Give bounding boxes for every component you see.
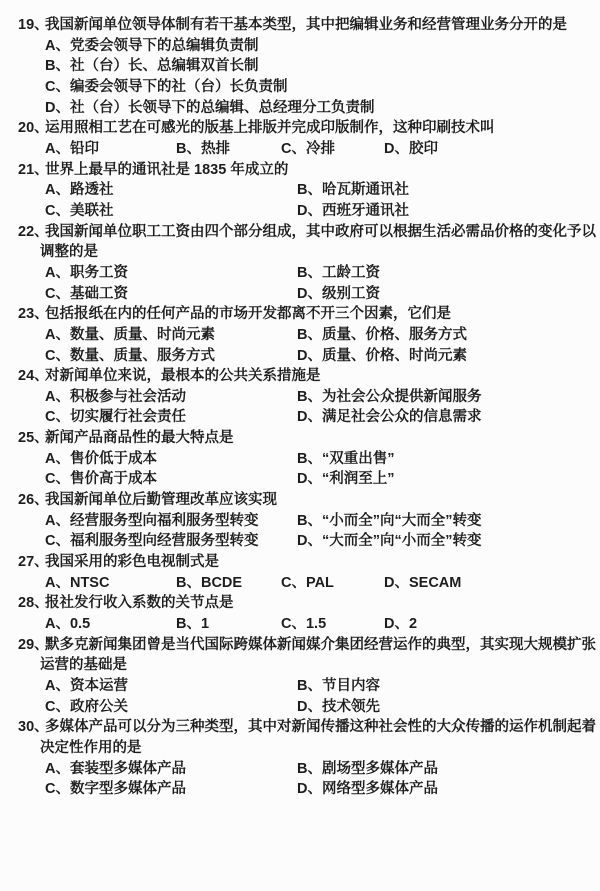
question-stem: 30、多媒体产品可以分为三种类型，其中对新闻传播这种社会性的大众传播的运作机制起… [0,717,590,738]
option: A、套装型多媒体产品 [45,759,297,780]
option: C、数量、质量、服务方式 [45,346,297,367]
question-stem: 21、世界上最早的通讯社是 1835 年成立的 [0,160,590,181]
option: C、政府公关 [45,697,297,718]
option: C、PAL [281,573,384,594]
question: 30、多媒体产品可以分为三种类型，其中对新闻传播这种社会性的大众传播的运作机制起… [0,717,590,800]
option: D、质量、价格、时尚元素 [297,346,590,367]
option: D、SECAM [384,573,590,594]
option: C、切实履行社会责任 [45,407,297,428]
option: D、胶印 [384,139,590,160]
option: D、技术领先 [297,697,590,718]
option: A、售价低于成本 [45,449,297,470]
question-number: 27、 [18,552,45,573]
question-number: 21、 [18,160,45,181]
option: B、工龄工资 [297,263,590,284]
options-group: A、0.5 B、1 C、1.5 D、2 [45,614,590,635]
options-group: A、路透社 B、哈瓦斯通讯社 C、美联社 D、西班牙通讯社 [45,180,590,221]
option: A、0.5 [45,614,176,635]
question-stem: 26、我国新闻单位后勤管理改革应该实现 [0,490,590,511]
option: B、“小而全”向“大而全”转变 [297,511,590,532]
question-number: 20、 [18,118,45,139]
option: B、BCDE [176,573,281,594]
options-group: A、党委会领导下的总编辑负责制 B、社（台）长、总编辑双首长制 C、编委会领导下… [45,36,590,119]
question-number: 22、 [18,222,45,243]
question-stem: 22、我国新闻单位职工工资由四个部分组成，其中政府可以根据生活必需品价格的变化予… [0,222,590,243]
question-stem: 24、对新闻单位来说，最根本的公共关系措施是 [0,366,590,387]
question-stem-text: 包括报纸在内的任何产品的市场开发都离不开三个因素，它们是 [45,306,451,322]
question-number: 30、 [18,717,45,738]
option: C、数字型多媒体产品 [45,779,297,800]
question-stem-text: 新闻产品商品性的最大特点是 [45,430,234,446]
option: B、剧场型多媒体产品 [297,759,590,780]
options-group: A、数量、质量、时尚元素 B、质量、价格、服务方式 C、数量、质量、服务方式 D… [45,325,590,366]
question-stem-text: 我国新闻单位职工工资由四个部分组成，其中政府可以根据生活必需品价格的变化予以 [45,224,596,240]
question-number: 29、 [18,635,45,656]
option: D、2 [384,614,590,635]
question-stem-text: 对新闻单位来说，最根本的公共关系措施是 [45,368,321,384]
option: D、级别工资 [297,284,590,305]
question: 22、我国新闻单位职工工资由四个部分组成，其中政府可以根据生活必需品价格的变化予… [0,222,590,305]
options-group: A、套装型多媒体产品 B、剧场型多媒体产品 C、数字型多媒体产品 D、网络型多媒… [45,759,590,800]
options-group: A、积极参与社会活动 B、为社会公众提供新闻服务 C、切实履行社会责任 D、满足… [45,387,590,428]
option: B、1 [176,614,281,635]
question: 28、报社发行收入系数的关节点是 A、0.5 B、1 C、1.5 D、2 [0,593,590,634]
question: 21、世界上最早的通讯社是 1835 年成立的 A、路透社 B、哈瓦斯通讯社 C… [0,160,590,222]
option: D、“大而全”向“小而全”转变 [297,531,590,552]
option: A、铅印 [45,139,176,160]
option: C、美联社 [45,201,297,222]
exam-page: 19、我国新闻单位领导体制有若干基本类型，其中把编辑业务和经营管理业务分开的是 … [0,0,600,891]
option: A、职务工资 [45,263,297,284]
question-number: 26、 [18,490,45,511]
question-stem-text: 世界上最早的通讯社是 1835 年成立的 [45,162,288,178]
option: C、冷排 [281,139,384,160]
option: B、节目内容 [297,676,590,697]
option: A、数量、质量、时尚元素 [45,325,297,346]
question-stem-text: 我国新闻单位领导体制有若干基本类型，其中把编辑业务和经营管理业务分开的是 [45,17,567,33]
option: B、质量、价格、服务方式 [297,325,590,346]
question-stem: 27、我国采用的彩色电视制式是 [0,552,590,573]
question: 19、我国新闻单位领导体制有若干基本类型，其中把编辑业务和经营管理业务分开的是 … [0,15,590,118]
options-group: A、售价低于成本 B、“双重出售” C、售价高于成本 D、“利润至上” [45,449,590,490]
option: C、编委会领导下的社（台）长负责制 [45,77,590,98]
question: 26、我国新闻单位后勤管理改革应该实现 A、经营服务型向福利服务型转变 B、“小… [0,490,590,552]
option: C、1.5 [281,614,384,635]
option: C、基础工资 [45,284,297,305]
question-stem: 28、报社发行收入系数的关节点是 [0,593,590,614]
question-number: 25、 [18,428,45,449]
options-group: A、职务工资 B、工龄工资 C、基础工资 D、级别工资 [45,263,590,304]
question-stem: 23、包括报纸在内的任何产品的市场开发都离不开三个因素，它们是 [0,304,590,325]
option: A、党委会领导下的总编辑负责制 [45,36,590,57]
option: D、西班牙通讯社 [297,201,590,222]
option: B、哈瓦斯通讯社 [297,180,590,201]
question-number: 23、 [18,304,45,325]
question: 27、我国采用的彩色电视制式是 A、NTSC B、BCDE C、PAL D、SE… [0,552,590,593]
option: C、售价高于成本 [45,469,297,490]
question: 20、运用照相工艺在可感光的版基上排版并完成印版制作，这种印刷技术叫 A、铅印 … [0,118,590,159]
question-stem-continuation: 决定性作用的是 [0,738,590,759]
question-stem-text: 运用照相工艺在可感光的版基上排版并完成印版制作，这种印刷技术叫 [45,120,495,136]
option: A、路透社 [45,180,297,201]
question: 23、包括报纸在内的任何产品的市场开发都离不开三个因素，它们是 A、数量、质量、… [0,304,590,366]
question-stem: 25、新闻产品商品性的最大特点是 [0,428,590,449]
option: B、社（台）长、总编辑双首长制 [45,56,590,77]
options-group: A、资本运营 B、节目内容 C、政府公关 D、技术领先 [45,676,590,717]
option: D、满足社会公众的信息需求 [297,407,590,428]
option: A、经营服务型向福利服务型转变 [45,511,297,532]
options-group: A、经营服务型向福利服务型转变 B、“小而全”向“大而全”转变 C、福利服务型向… [45,511,590,552]
options-group: A、铅印 B、热排 C、冷排 D、胶印 [45,139,590,160]
question-stem: 20、运用照相工艺在可感光的版基上排版并完成印版制作，这种印刷技术叫 [0,118,590,139]
question-stem-text: 我国采用的彩色电视制式是 [45,554,219,570]
question-list: 19、我国新闻单位领导体制有若干基本类型，其中把编辑业务和经营管理业务分开的是 … [0,15,590,800]
question: 25、新闻产品商品性的最大特点是 A、售价低于成本 B、“双重出售” C、售价高… [0,428,590,490]
option: A、积极参与社会活动 [45,387,297,408]
question-stem: 19、我国新闻单位领导体制有若干基本类型，其中把编辑业务和经营管理业务分开的是 [0,15,590,36]
question: 24、对新闻单位来说，最根本的公共关系措施是 A、积极参与社会活动 B、为社会公… [0,366,590,428]
option: D、“利润至上” [297,469,590,490]
option: C、福利服务型向经营服务型转变 [45,531,297,552]
option: D、网络型多媒体产品 [297,779,590,800]
question: 29、默多克新闻集团曾是当代国际跨媒体新闻媒介集团经营运作的典型，其实现大规模扩… [0,635,590,718]
question-stem: 29、默多克新闻集团曾是当代国际跨媒体新闻媒介集团经营运作的典型，其实现大规模扩… [0,635,590,656]
option: A、资本运营 [45,676,297,697]
option: D、社（台）长领导下的总编辑、总经理分工负责制 [45,98,590,119]
question-stem-continuation: 运营的基础是 [0,655,590,676]
option: B、热排 [176,139,281,160]
option: B、为社会公众提供新闻服务 [297,387,590,408]
options-group: A、NTSC B、BCDE C、PAL D、SECAM [45,573,590,594]
question-stem-continuation: 调整的是 [0,242,590,263]
option: A、NTSC [45,573,176,594]
option: B、“双重出售” [297,449,590,470]
question-stem-text: 多媒体产品可以分为三种类型，其中对新闻传播这种社会性的大众传播的运作机制起着 [45,719,596,735]
question-stem-text: 默多克新闻集团曾是当代国际跨媒体新闻媒介集团经营运作的典型，其实现大规模扩张 [45,637,596,653]
question-number: 19、 [18,15,45,36]
question-number: 28、 [18,593,45,614]
question-stem-text: 我国新闻单位后勤管理改革应该实现 [45,492,277,508]
question-number: 24、 [18,366,45,387]
question-stem-text: 报社发行收入系数的关节点是 [45,595,234,611]
